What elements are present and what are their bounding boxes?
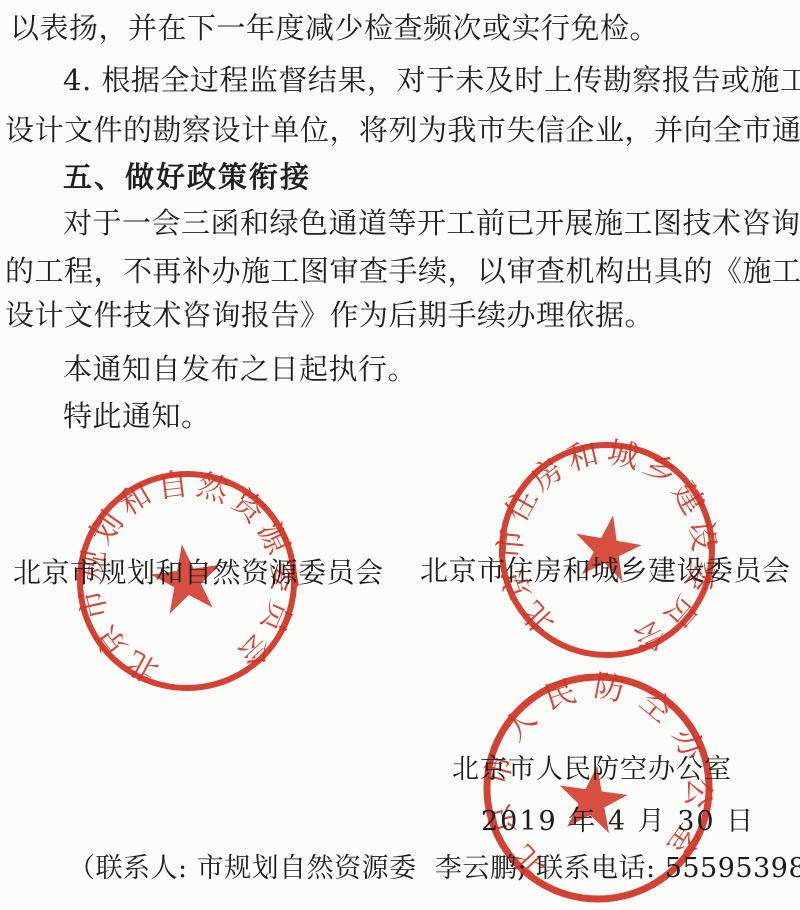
contact-line: （联系人: 市规划自然资源委 李云鹏; 联系电话: 55595398） [68,846,800,885]
body-line-1: 以表扬，并在下一年度减少检查频次或实行免检。 [10,12,659,45]
signature-org-bottom: 北京市人民防空办公室 [452,747,732,786]
body-line-5: 对于一会三函和绿色通道等开工前已开展施工图技术咨询 [63,207,800,240]
signature-org-right: 北京市住房和城乡建设委员会 [420,549,791,589]
signature-org-left: 北京市规划和自然资源委员会 [13,551,384,591]
signature-date: 2019 年 4 月 30 日 [481,799,755,838]
body-line-2: 4. 根据全过程监督结果，对于未及时上传勘察报告或施工图 [63,64,800,97]
body-line-9: 特此通知。 [63,400,211,433]
body-line-6: 的工程，不再补办施工图审查手续，以审查机构出具的《施工图 [5,255,800,288]
section-heading: 五、做好政策衔接 [63,161,311,194]
body-line-7: 设计文件技术咨询报告》作为后期手续办理依据。 [5,299,654,332]
body-line-3: 设计文件的勘察设计单位，将列为我市失信企业，并向全市通报。 [5,114,800,147]
body-line-8: 本通知自发布之日起执行。 [63,353,417,386]
notice-page: 北京市规划和自然资源委员会 北京市住房和城乡建设委员会 北京市人民防空办公室 以… [0,0,800,910]
